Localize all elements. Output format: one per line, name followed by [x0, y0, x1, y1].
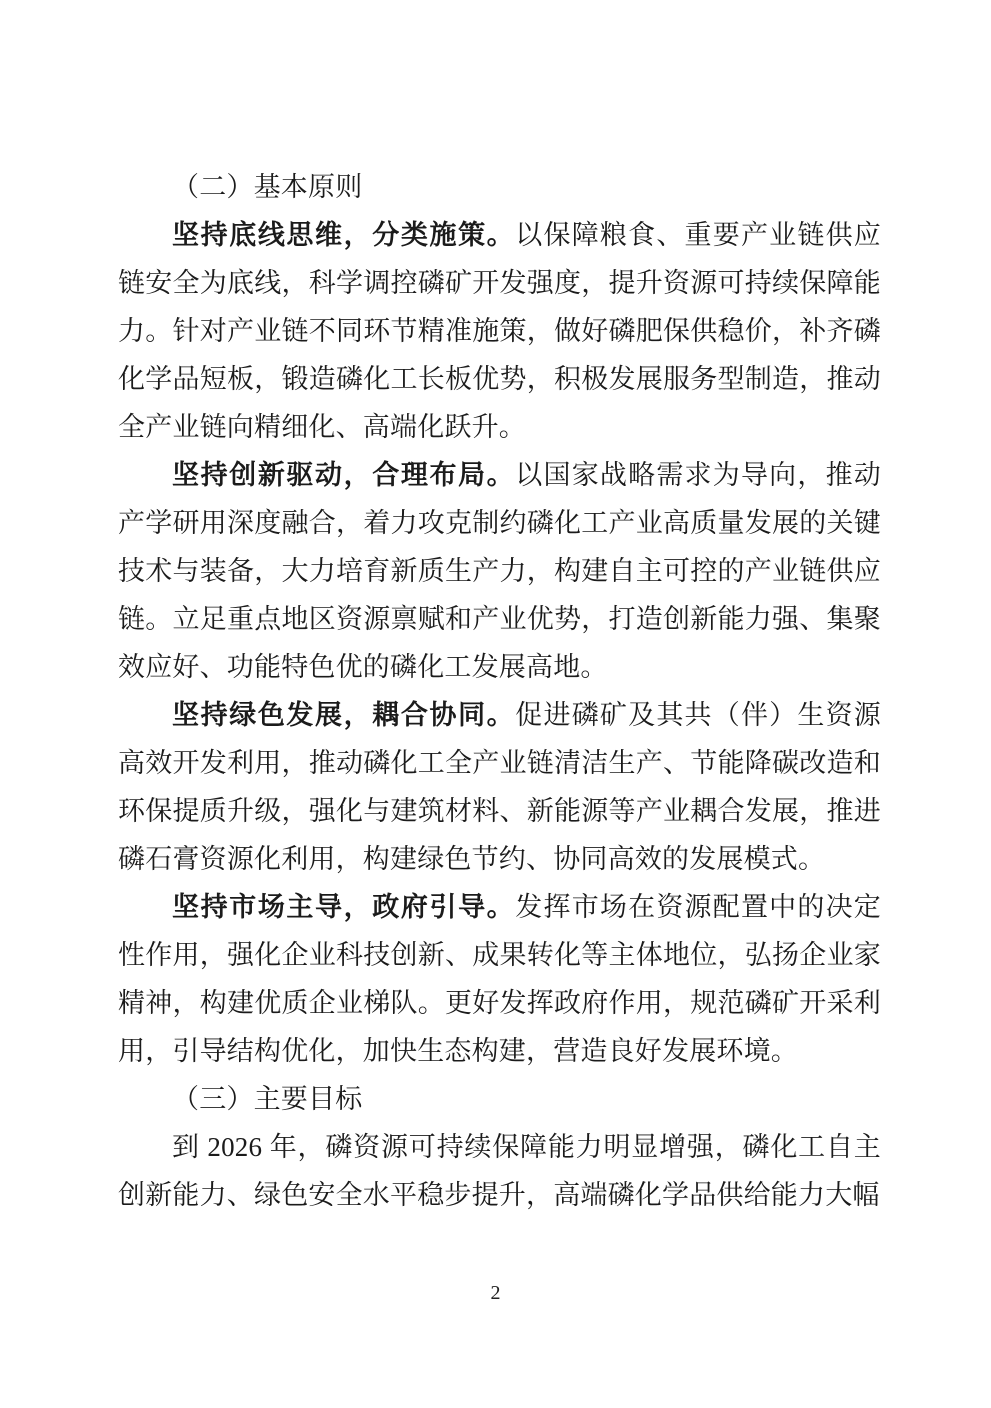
paragraph-body: 以保障粮食、重要产业链供应链安全为底线，科学调控磷矿开发强度，提升资源可持续保障… [118, 220, 881, 442]
paragraph-market-led: 坚持市场主导，政府引导。发挥市场在资源配置中的决定性作用，强化企业科技创新、成果… [118, 883, 881, 1075]
document-content: （二）基本原则 坚持底线思维，分类施策。以保障粮食、重要产业链供应链安全为底线，… [118, 163, 881, 1219]
paragraph-goals-2026: 到 2026 年，磷资源可持续保障能力明显增强，磷化工自主创新能力、绿色安全水平… [118, 1123, 881, 1219]
section-heading-main-goals: （三）主要目标 [118, 1075, 881, 1123]
page-number: 2 [0, 1282, 991, 1305]
section-heading-basic-principles: （二）基本原则 [118, 163, 881, 211]
document-page: （二）基本原则 坚持底线思维，分类施策。以保障粮食、重要产业链供应链安全为底线，… [0, 0, 991, 1408]
paragraph-bottom-line-thinking: 坚持底线思维，分类施策。以保障粮食、重要产业链供应链安全为底线，科学调控磷矿开发… [118, 211, 881, 451]
paragraph-innovation-driven: 坚持创新驱动，合理布局。以国家战略需求为导向，推动产学研用深度融合，着力攻克制约… [118, 451, 881, 691]
paragraph-lead: 坚持绿色发展，耦合协同。 [172, 700, 515, 730]
paragraph-green-development: 坚持绿色发展，耦合协同。促进磷矿及其共（伴）生资源高效开发利用，推动磷化工全产业… [118, 691, 881, 883]
paragraph-lead: 坚持底线思维，分类施策。 [172, 220, 515, 250]
paragraph-lead: 坚持市场主导，政府引导。 [172, 892, 515, 922]
paragraph-body: 以国家战略需求为导向，推动产学研用深度融合，着力攻克制约磷化工产业高质量发展的关… [118, 460, 881, 682]
paragraph-lead: 坚持创新驱动，合理布局。 [172, 460, 515, 490]
paragraph-body: 到 2026 年，磷资源可持续保障能力明显增强，磷化工自主创新能力、绿色安全水平… [118, 1132, 881, 1210]
